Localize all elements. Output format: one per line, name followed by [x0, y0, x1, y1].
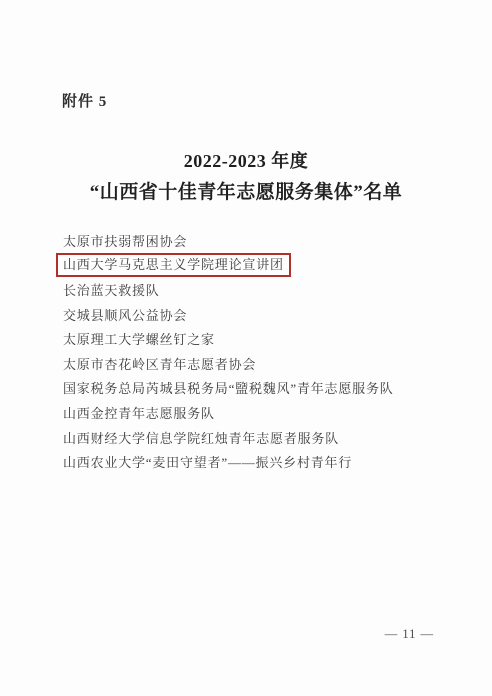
list-item: 太原理工大学螺丝钉之家	[63, 326, 462, 351]
attachment-label: 附件 5	[62, 90, 107, 111]
document-page: 附件 5 2022-2023 年度 “山西省十佳青年志愿服务集体”名单 太原市扶…	[0, 0, 492, 696]
highlight-box: 山西大学马克思主义学院理论宣讲团	[56, 253, 291, 277]
list-item-text: 国家税务总局芮城县税务局“盬税魏风”青年志愿服务队	[63, 378, 394, 397]
list-item: 太原市杏花岭区青年志愿者协会	[63, 351, 462, 376]
list-item: 山西金控青年志愿服务队	[63, 400, 462, 425]
list-item-text: 山西金控青年志愿服务队	[63, 403, 215, 422]
list-item-text: 长治蓝天救援队	[63, 280, 160, 299]
list-item-highlighted: 山西大学马克思主义学院理论宣讲团	[63, 253, 462, 278]
list-item-text: 太原市扶弱帮困协会	[63, 231, 187, 250]
list-item: 国家税务总局芮城县税务局“盬税魏风”青年志愿服务队	[63, 376, 462, 401]
list-item-text: 交城县顺风公益协会	[63, 305, 187, 324]
page-number: — 11 —	[385, 627, 434, 642]
list-item: 交城县顺风公益协会	[63, 302, 462, 327]
list-item-text: 太原市杏花岭区青年志愿者协会	[63, 354, 256, 373]
list-item: 太原市扶弱帮困协会	[63, 228, 462, 253]
award-list: 太原市扶弱帮困协会 山西大学马克思主义学院理论宣讲团 长治蓝天救援队 交城县顺风…	[63, 228, 462, 474]
document-title: 2022-2023 年度 “山西省十佳青年志愿服务集体”名单	[0, 146, 492, 208]
list-item-text: 太原理工大学螺丝钉之家	[63, 329, 215, 348]
title-year-line: 2022-2023 年度	[0, 146, 492, 177]
list-item: 长治蓝天救援队	[63, 277, 462, 302]
list-item-text: 山西财经大学信息学院红烛青年志愿者服务队	[63, 428, 339, 447]
list-item-text: 山西农业大学“麦田守望者”——振兴乡村青年行	[63, 452, 352, 471]
title-name-line: “山西省十佳青年志愿服务集体”名单	[0, 177, 492, 208]
list-item: 山西财经大学信息学院红烛青年志愿者服务队	[63, 425, 462, 450]
list-item: 山西农业大学“麦田守望者”——振兴乡村青年行	[63, 449, 462, 474]
